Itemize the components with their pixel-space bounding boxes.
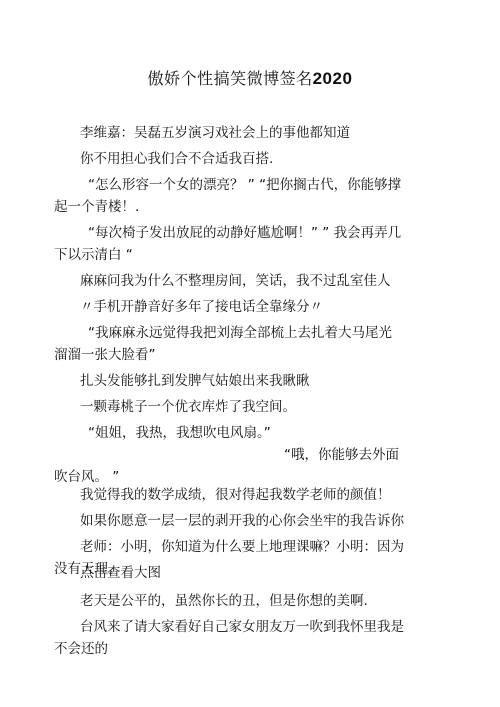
- view-large-image-link[interactable]: 点击查看大图: [54, 562, 404, 584]
- title-text: 傲娇个性搞笑微博签名: [148, 69, 313, 88]
- paragraph: 一颗毒桃子一个优衣库炸了我空间。: [54, 396, 404, 418]
- paragraph: 我觉得我的数学成绩，很对得起我数学老师的颜值！: [54, 484, 404, 506]
- paragraph: “哦，你能够去外面吹台风。 ”: [54, 444, 404, 488]
- paragraph: 麻麻问我为什么不整理房间，笑话，我不过乱室佳人: [54, 270, 404, 292]
- paragraph: 李维嘉：吴磊五岁演习戏社会上的事他都知道: [54, 122, 404, 144]
- paragraph: “怎么形容一个女的漂亮？ ” “把你搁古代，你能够撑起一个青楼！.: [54, 174, 404, 218]
- paragraph: “我麻麻永远觉得我把刘海全部梳上去扎着大马尾光溜溜一张大脸看”: [54, 322, 404, 366]
- paragraph: 你不用担心我们合不合适我百搭.: [54, 148, 404, 170]
- paragraph: “姐姐，我热，我想吹电风扇。”: [54, 422, 404, 444]
- paragraph: 〃手机开静音好多年了接电话全靠缘分〃: [54, 296, 404, 318]
- document-title: 傲娇个性搞笑微博签名2020: [0, 66, 500, 89]
- paragraph: 台风来了请大家看好自己家女朋友万一吹到我怀里我是不会还的: [54, 616, 404, 660]
- paragraph: “每次椅子发出放屁的动静好尴尬啊！” ” 我会再弄几下以示清白 “: [54, 222, 404, 266]
- title-year: 2020: [313, 69, 353, 88]
- paragraph: 老天是公平的，虽然你长的丑，但是你想的美啊.: [54, 590, 404, 612]
- paragraph: 如果你愿意一层一层的剥开我的心你会坐牢的我告诉你: [54, 510, 404, 532]
- paragraph: 扎头发能够扎到发脾气姑娘出来我瞅瞅: [54, 370, 404, 392]
